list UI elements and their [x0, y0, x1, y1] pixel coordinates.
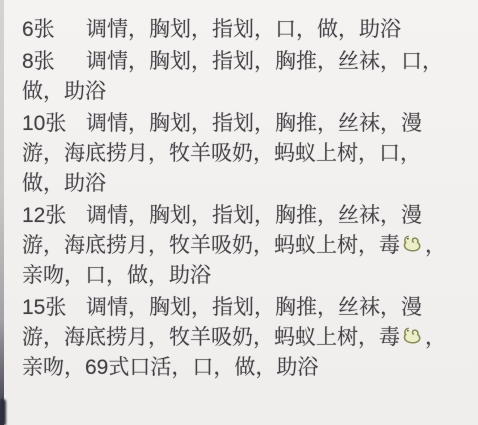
page-left-edge-shadow	[0, 0, 4, 425]
tier-services: 做，助浴	[22, 172, 106, 195]
photo-page: 6张调情，胸划，指划，口，做，助浴 8张调情，胸划，指划，胸推，丝袜，口， 做，…	[0, 0, 478, 425]
tier-services: 做，助浴	[22, 80, 106, 103]
text-line: 亲吻，口，做，助浴	[22, 261, 470, 291]
tier-block-15: 15张调情，胸划，指划，胸推，丝袜，漫 游，海底捞月，牧羊吸奶，蚂蚁上树，毒， …	[22, 293, 470, 383]
tier-qty: 10张	[22, 109, 86, 139]
text-line: 15张调情，胸划，指划，胸推，丝袜，漫	[22, 293, 470, 323]
snake-emoji	[401, 233, 424, 256]
tier-qty: 6张	[22, 15, 86, 45]
tier-services: 亲吻，口，做，助浴	[22, 264, 211, 287]
tier-services: 调情，胸划，指划，胸推，丝袜，漫	[86, 112, 422, 135]
tier-qty: 8张	[22, 47, 86, 77]
page-corner-shadow	[0, 399, 6, 425]
text-line: 10张调情，胸划，指划，胸推，丝袜，漫	[22, 109, 470, 139]
text-line: 游，海底捞月，牧羊吸奶，蚂蚁上树，毒，	[22, 323, 470, 353]
tier-services: 调情，胸划，指划，口，做，助浴	[86, 18, 401, 41]
tier-block-8: 8张调情，胸划，指划，胸推，丝袜，口， 做，助浴	[22, 47, 470, 107]
tier-services: 调情，胸划，指划，胸推，丝袜，漫	[86, 204, 422, 227]
snake-emoji	[401, 325, 424, 348]
tier-services: 游，海底捞月，牧羊吸奶，蚂蚁上树，毒	[22, 326, 400, 349]
text-line: 游，海底捞月，牧羊吸奶，蚂蚁上树，毒，	[22, 231, 470, 261]
text-line: 亲吻，69式口活，口，做，助浴	[22, 353, 470, 383]
tier-services: ，	[425, 326, 446, 349]
tier-services: 调情，胸划，指划，胸推，丝袜，口，	[86, 50, 443, 73]
tier-services: 游，海底捞月，牧羊吸奶，蚂蚁上树，毒	[22, 234, 400, 257]
tier-services: ，	[425, 234, 446, 257]
tier-block-12: 12张调情，胸划，指划，胸推，丝袜，漫 游，海底捞月，牧羊吸奶，蚂蚁上树，毒， …	[22, 201, 470, 291]
tier-services: 亲吻，69式口活，口，做，助浴	[22, 356, 318, 379]
tier-services: 调情，胸划，指划，胸推，丝袜，漫	[86, 296, 422, 319]
tier-block-10: 10张调情，胸划，指划，胸推，丝袜，漫 游，海底捞月，牧羊吸奶，蚂蚁上树，口， …	[22, 109, 470, 199]
text-line: 做，助浴	[22, 77, 470, 107]
text-line: 游，海底捞月，牧羊吸奶，蚂蚁上树，口，	[22, 139, 470, 169]
text-line: 6张调情，胸划，指划，口，做，助浴	[22, 15, 470, 45]
text-line: 8张调情，胸划，指划，胸推，丝袜，口，	[22, 47, 470, 77]
tier-qty: 15张	[22, 293, 86, 323]
tier-qty: 12张	[22, 201, 86, 231]
price-list: 6张调情，胸划，指划，口，做，助浴 8张调情，胸划，指划，胸推，丝袜，口， 做，…	[22, 15, 470, 385]
tier-services: 游，海底捞月，牧羊吸奶，蚂蚁上树，口，	[22, 142, 421, 165]
text-line: 做，助浴	[22, 169, 470, 199]
text-line: 12张调情，胸划，指划，胸推，丝袜，漫	[22, 201, 470, 231]
tier-block-6: 6张调情，胸划，指划，口，做，助浴	[22, 15, 470, 45]
